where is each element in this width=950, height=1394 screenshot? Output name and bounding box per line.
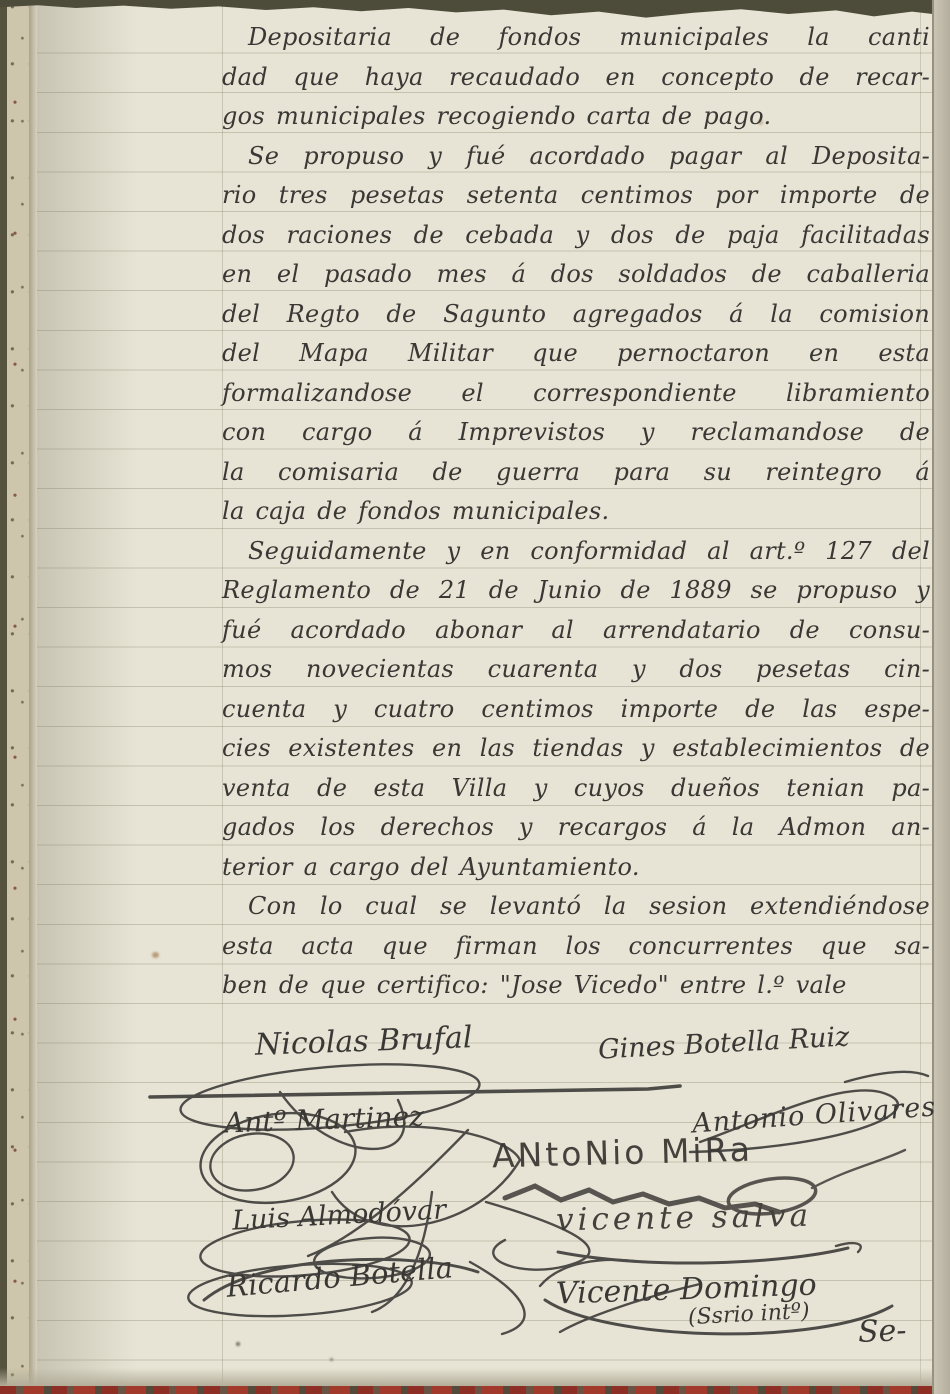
manuscript-line: terior a cargo del Ayuntamiento. <box>222 848 930 888</box>
manuscript-line: gos municipales recogiendo carta de pago… <box>222 97 930 137</box>
signature-antonio-mira: ANtoNio MiRa <box>492 1130 754 1176</box>
binding-crease <box>29 0 37 1394</box>
manuscript-line: con cargo á Imprevistos y reclamandose d… <box>222 413 930 453</box>
manuscript-line: del Mapa Militar que pernoctaron en esta <box>222 334 930 374</box>
signature-vicente-salva: vicente salva <box>556 1198 813 1238</box>
bottom-page-shadow <box>0 1368 950 1386</box>
marbled-book-edge <box>0 1386 950 1394</box>
manuscript-line: formalizandose el correspondiente libram… <box>222 374 930 414</box>
manuscript-line: Seguidamente y en conformidad al art.º 1… <box>222 532 930 572</box>
manuscript-line: venta de esta Villa y cuyos dueños tenia… <box>222 769 930 809</box>
manuscript-line: en el pasado mes á dos soldados de cabal… <box>222 255 930 295</box>
manuscript-line: Se propuso y fué acordado pagar al Depos… <box>222 137 930 177</box>
manuscript-line: dos raciones de cebada y dos de paja fac… <box>222 216 930 256</box>
foxing-spot <box>330 1358 333 1361</box>
manuscript-line: Depositaria de fondos municipales la can… <box>222 18 930 58</box>
scanned-manuscript-page: Depositaria de fondos municipales la can… <box>0 0 950 1394</box>
manuscript-line: cies existentes en las tiendas y estable… <box>222 729 930 769</box>
signature-antonio-martinez: Antº Martinez <box>223 1100 424 1140</box>
manuscript-line: fué acordado abonar al arrendatario de c… <box>222 611 930 651</box>
manuscript-line: mos novecientas cuarenta y dos pesetas c… <box>222 650 930 690</box>
foxing-spot <box>152 952 159 958</box>
manuscript-line: ben de que certifico: "Jose Vicedo" entr… <box>222 966 930 1006</box>
catchword-next-page: Se- <box>857 1313 907 1350</box>
manuscript-line: la comisaria de guerra para su reintegro… <box>222 453 930 493</box>
manuscript-line: gados los derechos y recargos á la Admon… <box>222 808 930 848</box>
manuscript-line: cuenta y cuatro centimos importe de las … <box>222 690 930 730</box>
gutter-shadow <box>37 0 137 1394</box>
manuscript-line: rio tres pesetas setenta centimos por im… <box>222 176 930 216</box>
book-binding-edge <box>0 0 7 1394</box>
manuscript-line: del Regto de Sagunto agregados á la comi… <box>222 295 930 335</box>
manuscript-line: dad que haya recaudado en concepto de re… <box>222 58 930 98</box>
manuscript-line: la caja de fondos municipales. <box>222 492 930 532</box>
foxing-spot <box>236 1342 240 1346</box>
right-page-edge <box>932 0 950 1394</box>
manuscript-line: Reglamento de 21 de Junio de 1889 se pro… <box>222 571 930 611</box>
manuscript-line: esta acta que firman los concurrentes qu… <box>222 927 930 967</box>
page-deckle-edge <box>7 0 29 1394</box>
manuscript-line: Con lo cual se levantó la sesion extendi… <box>222 887 930 927</box>
manuscript-text-block: Depositaria de fondos municipales la can… <box>222 18 930 1006</box>
